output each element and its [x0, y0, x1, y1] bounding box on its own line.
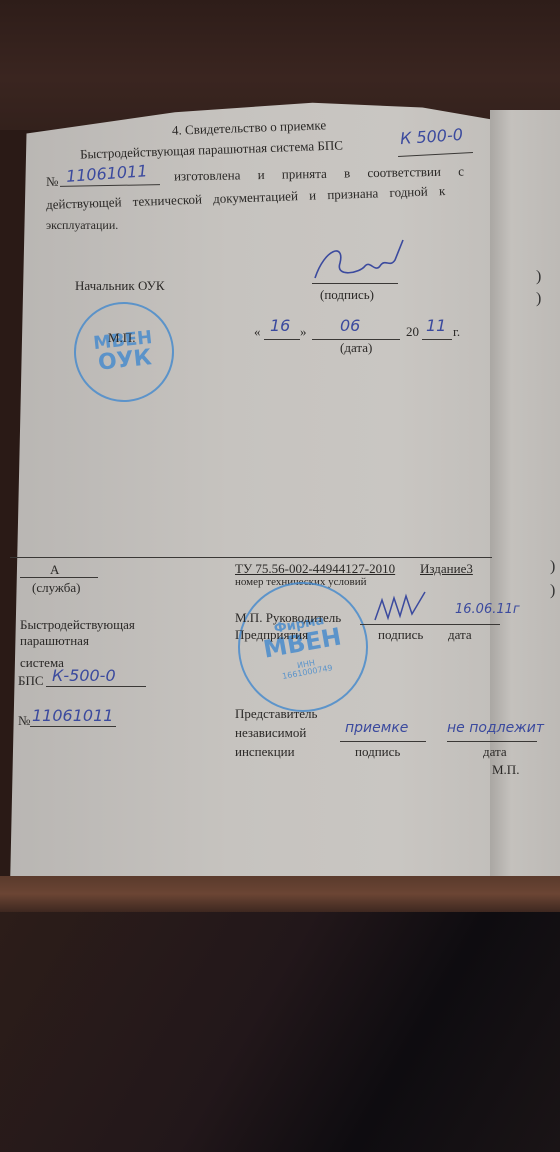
bps-model-handwritten: К-500-0	[52, 666, 116, 685]
service-value: А	[50, 562, 59, 578]
table-edge	[0, 876, 560, 912]
tu-number: ТУ 75.56-002-44944127-2010	[235, 561, 395, 577]
date-month: 06	[340, 316, 360, 335]
signature-underline	[312, 283, 398, 284]
inspector-sign-handwritten: приемке	[345, 720, 408, 736]
floor-background	[0, 912, 560, 1152]
binding-mark: )	[536, 290, 541, 308]
date-year-prefix: 20	[406, 324, 419, 340]
signature-icon	[305, 238, 410, 288]
inspector-label-3: инспекции	[235, 744, 295, 760]
document-page	[10, 98, 560, 888]
head-label-1: М.П. Руководитель	[235, 610, 341, 626]
head-sign-caption: подпись	[378, 627, 423, 643]
product-line-2: парашютная	[20, 633, 89, 649]
inspector-date-caption: дата	[483, 744, 507, 760]
stamp-ouk-bottom: ОУК	[94, 347, 155, 375]
date-caption: (дата)	[340, 340, 372, 356]
footer-serial-handwritten: 11061011	[32, 706, 113, 725]
product-line-1: Быстродействующая	[20, 617, 135, 633]
footer-divider	[10, 557, 492, 558]
head-date-caption: дата	[448, 627, 472, 643]
day-underline	[264, 339, 300, 340]
chief-label: Начальник ОУК	[75, 278, 165, 294]
inspector-label-1: Представитель	[235, 706, 317, 722]
bps-label: БПС	[18, 673, 44, 689]
stamp-mp-label: М.П.	[108, 330, 135, 346]
head-signature-icon	[370, 590, 430, 625]
footer-mp: М.П.	[492, 762, 519, 778]
binding-mark: )	[550, 558, 555, 576]
date-open-quote: «	[254, 324, 261, 340]
inspector-label-2: независимой	[235, 725, 306, 741]
service-caption: (служба)	[32, 580, 80, 596]
head-label-2: Предприятия	[235, 627, 308, 643]
inspector-date-handwritten: не подлежит	[447, 720, 544, 736]
date-year-unit: г.	[453, 324, 460, 340]
date-year-suffix: 11	[426, 316, 446, 335]
year-underline	[422, 339, 452, 340]
head-sign-underline	[360, 624, 500, 625]
serial-no-label: №	[46, 174, 58, 190]
edition-label: Издание3	[420, 561, 473, 577]
binding-mark: )	[536, 268, 541, 286]
service-underline	[20, 577, 98, 578]
footer-serial-underline	[30, 726, 116, 727]
acceptance-line-4: эксплуатации.	[46, 218, 118, 233]
head-date-handwritten: 16.06.11г	[455, 602, 520, 617]
inspector-date-underline	[447, 741, 537, 742]
inspector-sign-caption: подпись	[355, 744, 400, 760]
date-close-quote: »	[300, 324, 307, 340]
date-day: 16	[270, 316, 290, 335]
inspector-sign-underline	[340, 741, 426, 742]
signature-caption: (подпись)	[320, 287, 374, 303]
binding-mark: )	[550, 582, 555, 600]
footer-no-label: №	[18, 713, 30, 729]
bps-underline	[46, 686, 146, 687]
